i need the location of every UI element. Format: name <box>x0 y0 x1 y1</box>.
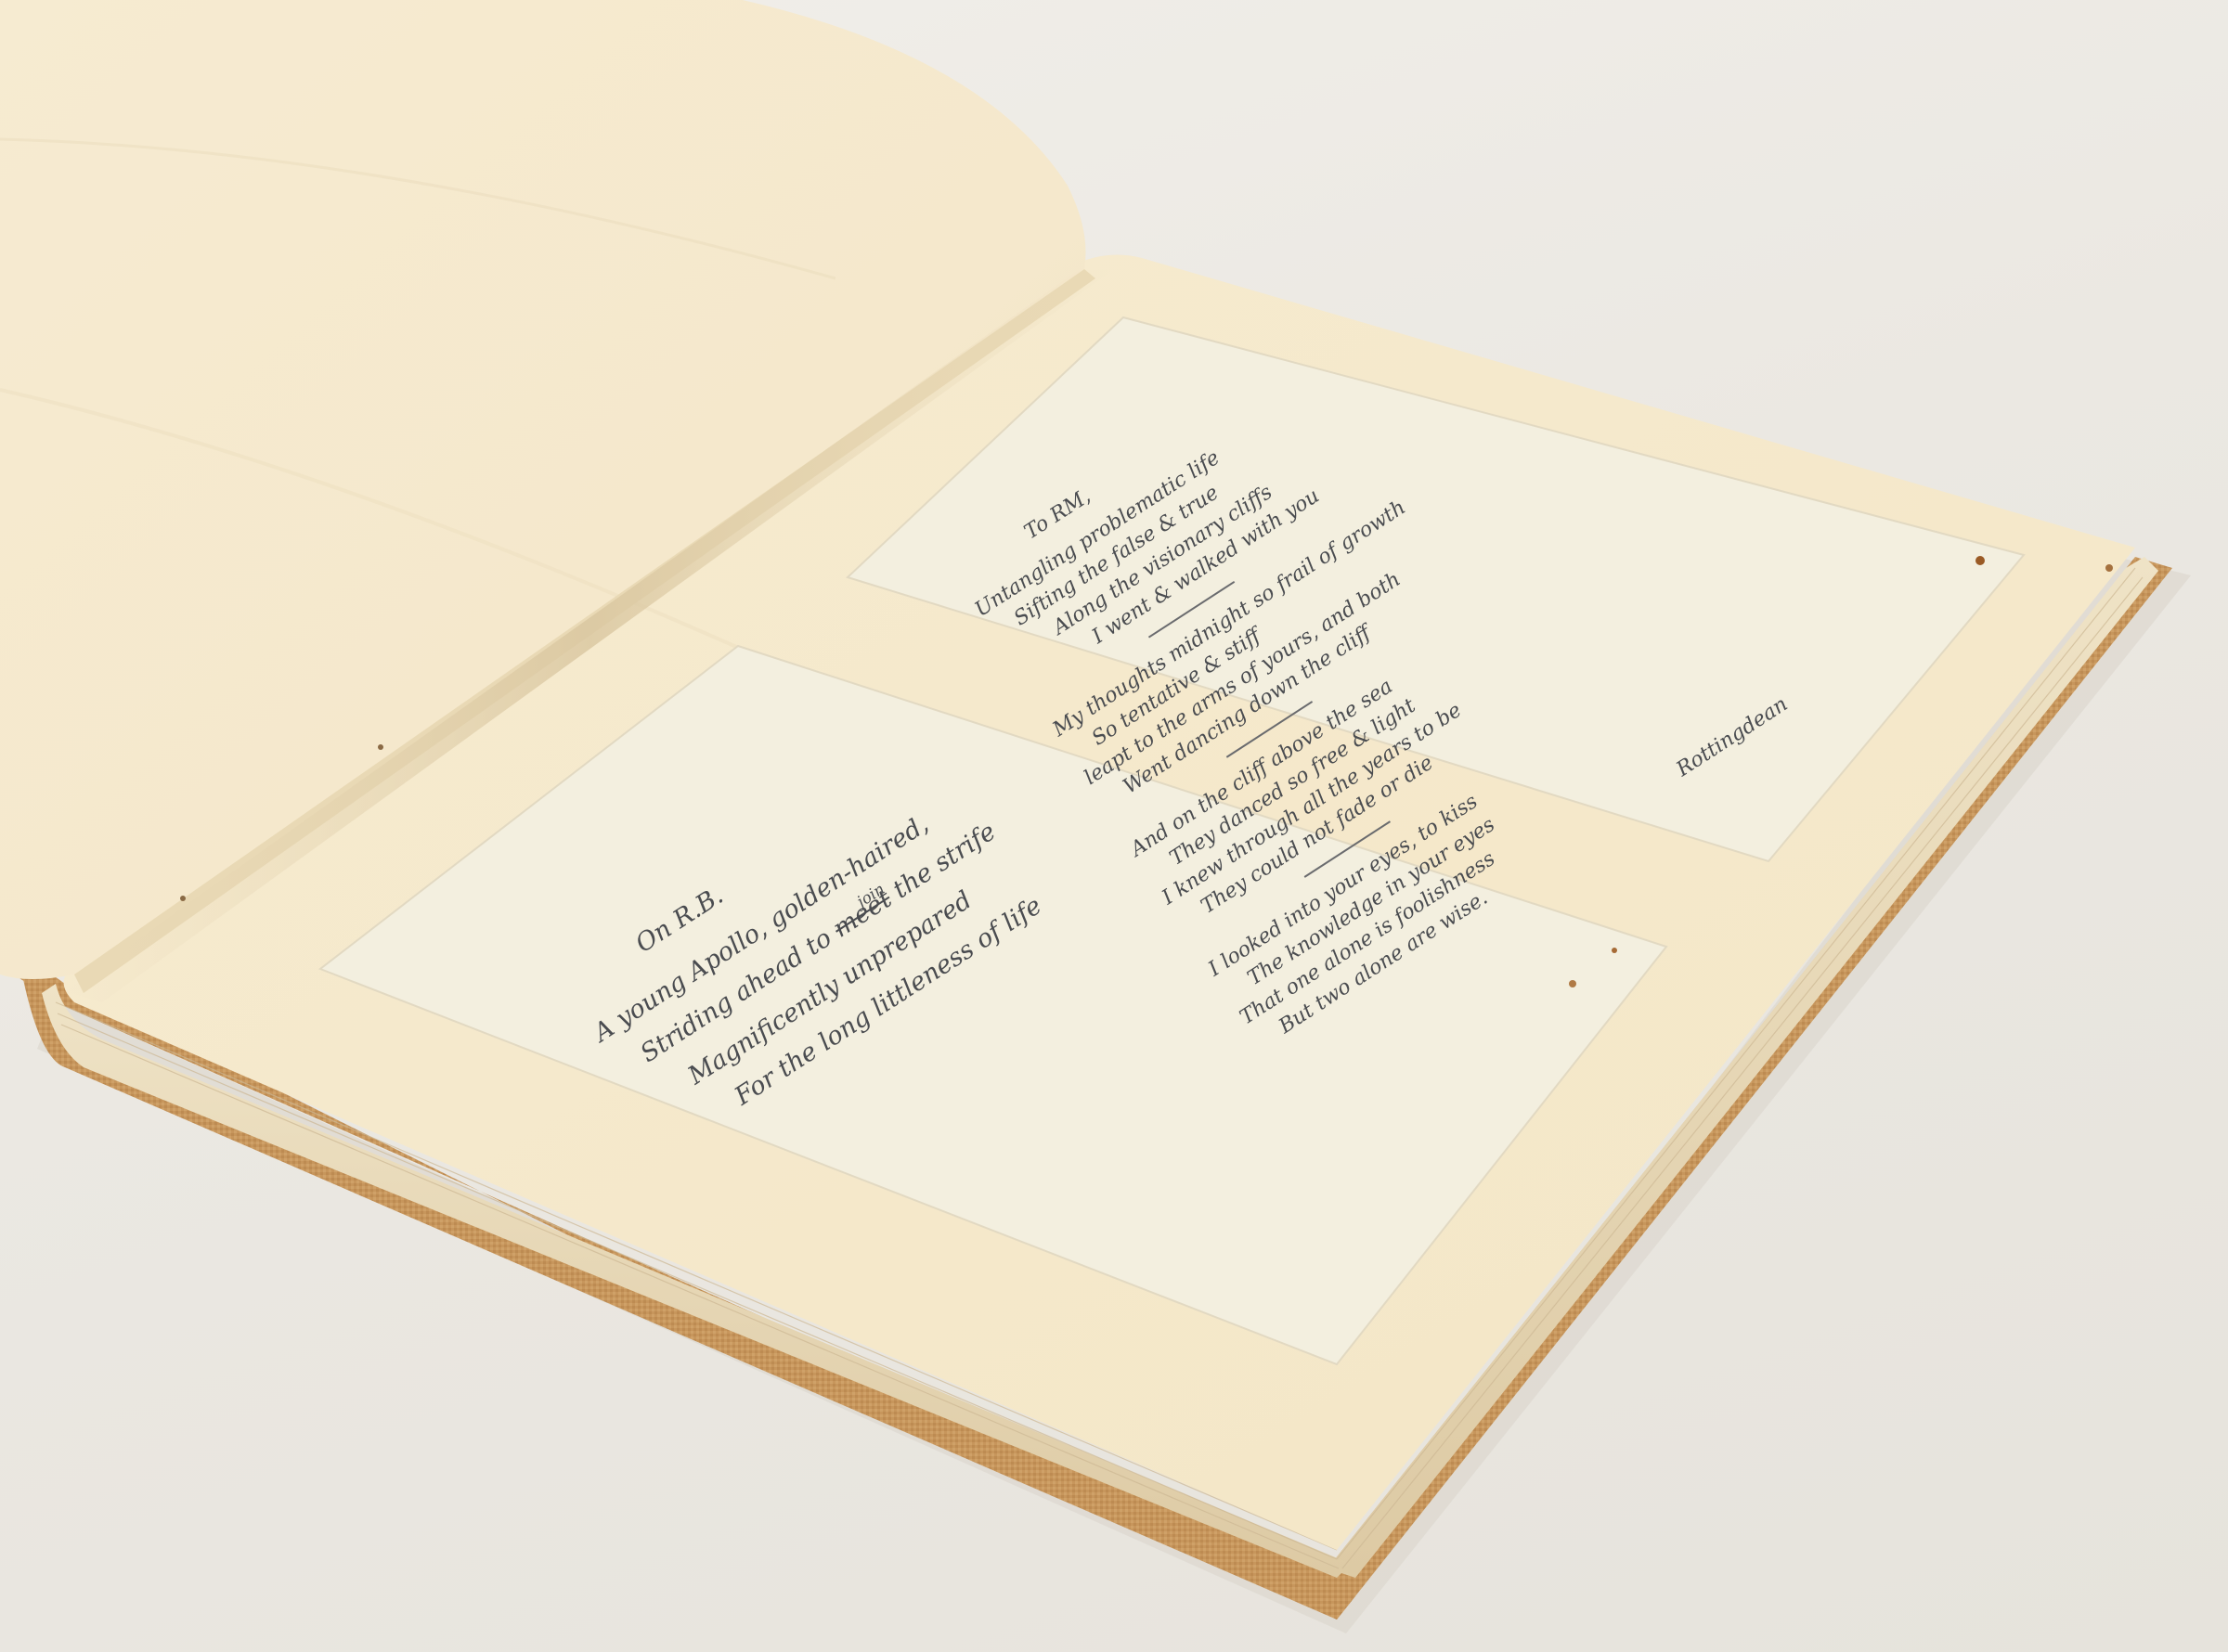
foxing-spot <box>1975 556 1985 565</box>
open-album-illustration <box>0 0 2228 1652</box>
photo-scene: To RM, Untangling problematic life Sifti… <box>0 0 2228 1652</box>
